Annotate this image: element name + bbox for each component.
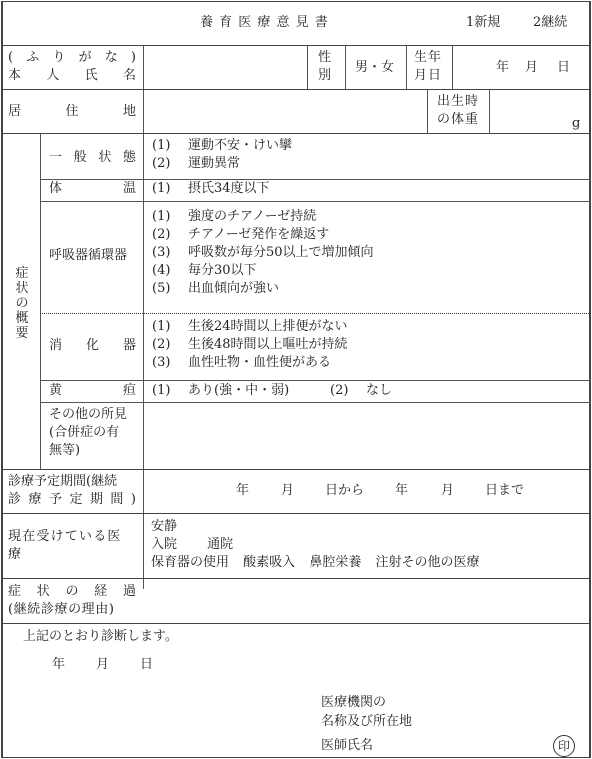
divider xyxy=(345,45,346,89)
option-item[interactable]: (1)生後24時間以上排便がない xyxy=(152,318,348,336)
label-char: が xyxy=(79,49,92,67)
option-number: (2) xyxy=(330,382,366,400)
divider xyxy=(1,623,591,624)
option-item[interactable]: (2)運動異常 xyxy=(152,155,292,173)
label-char: 要 xyxy=(14,325,30,343)
label-char: 温 xyxy=(123,180,136,198)
label-char: 状 xyxy=(98,149,111,167)
label-char: 居 xyxy=(8,103,21,121)
doctor-name-input[interactable] xyxy=(390,735,550,755)
option-new[interactable]: 1新規 xyxy=(466,14,500,32)
progress-label-2: (継続診療の理由) xyxy=(8,601,115,619)
general-state-options: (1)運動不安・けい攣 (2)運動異常 xyxy=(152,137,292,173)
option-inpatient[interactable]: 入院 xyxy=(151,537,177,552)
option-number: (1) xyxy=(152,180,188,198)
jaundice-label: 黄 疸 xyxy=(49,382,136,400)
progress-label-1: 症 状 の 経 過 xyxy=(8,583,136,601)
diagnosis-statement: 上記のとおり診断します。 xyxy=(23,628,178,646)
birth-weight-input[interactable]: g xyxy=(490,90,589,133)
option-text: 強度のチアノーゼ持続 xyxy=(188,208,316,226)
label-char: 黄 xyxy=(49,382,62,400)
option-text: なし xyxy=(366,382,392,400)
option-item[interactable]: (3)血性吐物・血性便がある xyxy=(152,354,348,372)
option-nasal-feeding[interactable]: 鼻腔栄養 xyxy=(309,555,361,570)
divider xyxy=(40,380,591,381)
general-state-label: 一 般 状 態 xyxy=(49,149,136,167)
option-number: (2) xyxy=(152,226,188,244)
option-text: 生後48時間以上嘔吐が持続 xyxy=(188,336,348,354)
birth-label-2: 月日 xyxy=(414,67,442,85)
option-text: あり(強・中・弱) xyxy=(188,382,289,400)
digestive-label: 消 化 器 xyxy=(49,337,136,355)
label-char: 間 xyxy=(110,491,123,509)
option-number: (1) xyxy=(152,137,188,155)
label-line: (合併症の有 xyxy=(49,424,127,442)
option-text: 生後24時間以上排便がない xyxy=(188,318,348,336)
label-char: の xyxy=(65,583,78,601)
option-item[interactable]: (4)毎分30以下 xyxy=(152,262,374,280)
option-text: 運動不安・けい攣 xyxy=(188,137,292,155)
option-rest[interactable]: 安静 xyxy=(151,519,177,534)
option-number: (1) xyxy=(152,208,188,226)
label-char: 予 xyxy=(49,491,62,509)
option-item[interactable]: (2)なし xyxy=(330,382,392,400)
month-unit: 月 xyxy=(96,656,109,674)
option-number: (3) xyxy=(152,244,188,262)
option-item[interactable]: (1)強度のチアノーゼ持続 xyxy=(152,208,374,226)
seal-icon: 印 xyxy=(553,735,575,757)
name-label: 本 人 氏 名 xyxy=(8,67,136,85)
address-label: 居 住 地 xyxy=(8,103,136,121)
label-char: 症 xyxy=(8,583,21,601)
other-findings-label: その他の所見 (合併症の有 無等) xyxy=(49,406,127,460)
label-char: り xyxy=(52,49,65,67)
day-until: 日まで xyxy=(485,482,524,500)
label-char: な xyxy=(105,49,118,67)
label-char: 療 xyxy=(28,491,41,509)
body-temperature-options: (1)摂氏34度以下 xyxy=(152,180,270,198)
label-char: 人 xyxy=(46,67,59,85)
institution-label-2: 名称及び所在地 xyxy=(321,713,412,731)
institution-label-1: 医療機関の xyxy=(321,694,386,712)
label-char: ) xyxy=(131,491,136,509)
divider xyxy=(406,45,407,89)
frame-top xyxy=(1,1,591,2)
divider xyxy=(40,201,591,202)
option-item[interactable]: (3)呼吸数が毎分50以上で増加傾向 xyxy=(152,244,374,262)
option-number: (1) xyxy=(152,382,188,400)
option-number: (2) xyxy=(152,336,188,354)
option-item[interactable]: (1)摂氏34度以下 xyxy=(152,180,270,198)
option-item[interactable]: (1)あり(強・中・弱) xyxy=(152,382,330,400)
label-char: 態 xyxy=(123,149,136,167)
schedule-label-1: 診療予定期間(継続 xyxy=(8,473,117,491)
label-char: 化 xyxy=(86,337,99,355)
label-char: ( xyxy=(8,49,13,67)
sex-options[interactable]: 男・女 xyxy=(355,59,394,77)
label-char: 定 xyxy=(69,491,82,509)
institution-input[interactable] xyxy=(430,694,585,732)
option-number: (5) xyxy=(152,280,188,298)
label-char: 一 xyxy=(49,149,62,167)
label-char: 経 xyxy=(94,583,107,601)
label-char: 診 xyxy=(8,491,21,509)
other-findings-input[interactable] xyxy=(144,403,589,469)
option-continue[interactable]: 2継続 xyxy=(533,14,567,32)
option-oxygen[interactable]: 酸素吸入 xyxy=(243,555,295,570)
label-char: 過 xyxy=(123,583,136,601)
birth-weight-label-1: 出生時 xyxy=(437,93,479,111)
label-char: 状 xyxy=(37,583,50,601)
option-item[interactable]: (1)運動不安・けい攣 xyxy=(152,137,292,155)
month-unit: 月 xyxy=(281,482,294,500)
option-injection-other[interactable]: 注射その他の医療 xyxy=(375,555,479,570)
jaundice-options: (1)あり(強・中・弱) (2)なし xyxy=(152,382,392,400)
divider xyxy=(1,513,591,514)
option-number: (3) xyxy=(152,354,188,372)
respiratory-options: (1)強度のチアノーゼ持続 (2)チアノーゼ発作を繰返す (3)呼吸数が毎分50… xyxy=(152,208,374,298)
form-title: 養 育 医 療 意 見 書 xyxy=(200,14,329,32)
option-item[interactable]: (5)出血傾向が強い xyxy=(152,280,374,298)
option-item[interactable]: (2)チアノーゼ発作を繰返す xyxy=(152,226,374,244)
divider xyxy=(1,133,591,134)
doctor-name-label: 医師氏名 xyxy=(321,737,373,755)
label-char: 住 xyxy=(65,103,78,121)
option-number: (1) xyxy=(152,318,188,336)
option-number: (2) xyxy=(152,155,188,173)
name-input[interactable] xyxy=(144,46,307,89)
weight-unit: g xyxy=(572,115,580,133)
option-incubator[interactable]: 保育器の使用 xyxy=(151,555,229,570)
option-text: 毎分30以下 xyxy=(188,262,257,280)
label-char: 名 xyxy=(123,67,136,85)
sex-label-2: 別 xyxy=(318,67,331,85)
treatment-line: 入院 通院 xyxy=(151,536,479,554)
year-unit: 年 xyxy=(496,59,509,77)
label-char: 器 xyxy=(123,337,136,355)
day-unit: 日 xyxy=(557,59,570,77)
treatment-options: 安静 入院 通院 保育器の使用 酸素吸入 鼻腔栄養 注射その他の医療 xyxy=(151,518,479,572)
month-unit: 月 xyxy=(525,59,538,77)
schedule-label-2: 診 療 予 定 期 間 ) xyxy=(8,491,136,509)
birth-label-1: 生年 xyxy=(414,49,442,67)
day-unit: 日 xyxy=(140,656,153,674)
option-text: チアノーゼ発作を繰返す xyxy=(188,226,329,244)
label-char: 疸 xyxy=(123,382,136,400)
divider xyxy=(307,45,308,89)
dotted-divider xyxy=(40,313,591,314)
label-char: ) xyxy=(131,49,136,67)
medical-opinion-form: 養 育 医 療 意 見 書 1新規 2継続 ( ふ り が な ) 本 人 氏 … xyxy=(0,0,592,759)
year-unit: 年 xyxy=(395,482,408,500)
option-text: 出血傾向が強い xyxy=(188,280,279,298)
treatment-label-1: 現在受けている医 xyxy=(8,528,122,546)
label-line: その他の所見 xyxy=(49,406,127,424)
label-char: 般 xyxy=(74,149,87,167)
diagnosis-date-input[interactable]: 年 月 日 xyxy=(0,656,200,676)
address-input[interactable] xyxy=(144,90,426,133)
label-char: 氏 xyxy=(85,67,98,85)
progress-input[interactable] xyxy=(144,579,589,623)
option-text: 血性吐物・血性便がある xyxy=(188,354,331,372)
divider xyxy=(427,89,428,133)
label-char: 本 xyxy=(8,67,21,85)
option-text: 摂氏34度以下 xyxy=(188,180,270,198)
digestive-options: (1)生後24時間以上排便がない (2)生後48時間以上嘔吐が持続 (3)血性吐… xyxy=(152,318,348,372)
option-number: (4) xyxy=(152,262,188,280)
frame-left xyxy=(1,1,3,758)
month-unit: 月 xyxy=(441,482,454,500)
furigana-label: ( ふ り が な ) xyxy=(8,49,136,67)
label-char: 体 xyxy=(49,180,62,198)
year-unit: 年 xyxy=(236,482,249,500)
label-line: 無等) xyxy=(49,442,127,460)
divider xyxy=(40,133,41,470)
label-char: 期 xyxy=(90,491,103,509)
sex-label-1: 性 xyxy=(318,49,331,67)
birth-date-input[interactable]: 年 月 日 xyxy=(453,46,589,89)
option-item[interactable]: (2)生後48時間以上嘔吐が持続 xyxy=(152,336,348,354)
treatment-label-2: 療 xyxy=(8,546,21,564)
option-text: 運動異常 xyxy=(188,155,240,173)
label-char: ふ xyxy=(26,49,39,67)
option-outpatient[interactable]: 通院 xyxy=(207,537,233,552)
option-text: 呼吸数が毎分50以上で増加傾向 xyxy=(188,244,374,262)
day-from: 日から xyxy=(325,482,364,500)
treatment-line: 保育器の使用 酸素吸入 鼻腔栄養 注射その他の医療 xyxy=(151,554,479,572)
respiratory-label: 呼吸器循環器 xyxy=(49,247,127,265)
schedule-period-input[interactable]: 年 月 日から 年 月 日まで xyxy=(144,470,589,513)
label-char: 地 xyxy=(123,103,136,121)
treatment-line: 安静 xyxy=(151,518,479,536)
body-temperature-label: 体 温 xyxy=(49,180,136,198)
frame-bottom xyxy=(1,757,591,758)
year-unit: 年 xyxy=(52,656,65,674)
birth-weight-label-2: の体重 xyxy=(437,111,479,129)
label-char: 消 xyxy=(49,337,62,355)
